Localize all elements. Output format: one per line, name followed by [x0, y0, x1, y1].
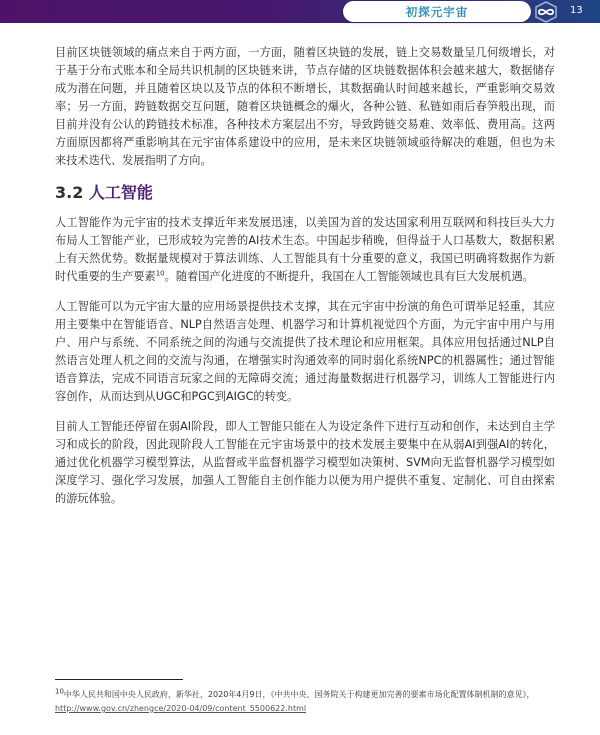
cube-infinity-icon — [534, 1, 558, 23]
header-title: 初探元宇宙 — [406, 4, 469, 20]
footnote-link[interactable]: http://www.gov.cn/zhengce/2020-04/09/con… — [55, 704, 306, 713]
footnote: 10中华人民共和国中央人民政府，新华社，2020年4月9日，《中共中央、国务院关… — [55, 688, 565, 716]
footnote-number: 10 — [55, 687, 64, 695]
page-number: 13 — [570, 5, 583, 16]
footnote-divider — [55, 679, 183, 680]
intro-paragraph: 目前区块链领域的痛点来自于两方面，一方面，随着区块链的发展，链上交易数量呈几何级… — [55, 44, 555, 170]
section-title: 人工智能 — [89, 183, 153, 202]
section-number: 3.2 — [55, 183, 83, 202]
footnote-citation: 中华人民共和国中央人民政府，新华社，2020年4月9日，《中共中央、国务院关于构… — [64, 690, 535, 699]
page-content: 目前区块链领域的痛点来自于两方面，一方面，随着区块链的发展，链上交易数量呈几何级… — [55, 44, 555, 520]
header-title-pill: 初探元宇宙 — [343, 1, 531, 22]
paragraph-ai-applications: 人工智能可以为元宇宙大量的应用场景提供技术支撑，其在元宇宙中扮演的角色可谓举足轻… — [55, 298, 555, 406]
paragraph-ai-stage: 目前人工智能还停留在弱AI阶段，即人工智能只能在人为设定条件下进行互动和创作，未… — [55, 418, 555, 508]
section-heading: 3.2 人工智能 — [55, 182, 555, 204]
footnote-reference[interactable]: 10 — [156, 269, 165, 277]
paragraph-ai-overview: 人工智能作为元宇宙的技术支撑近年来发展迅速，以美国为首的发达国家利用互联网和科技… — [55, 214, 555, 286]
paragraph-text-continued: 。随着国产化进度的不断提升，我国在人工智能领域也具有巨大发展机遇。 — [165, 270, 534, 283]
footnote-text: 10中华人民共和国中央人民政府，新华社，2020年4月9日，《中共中央、国务院关… — [55, 688, 565, 702]
